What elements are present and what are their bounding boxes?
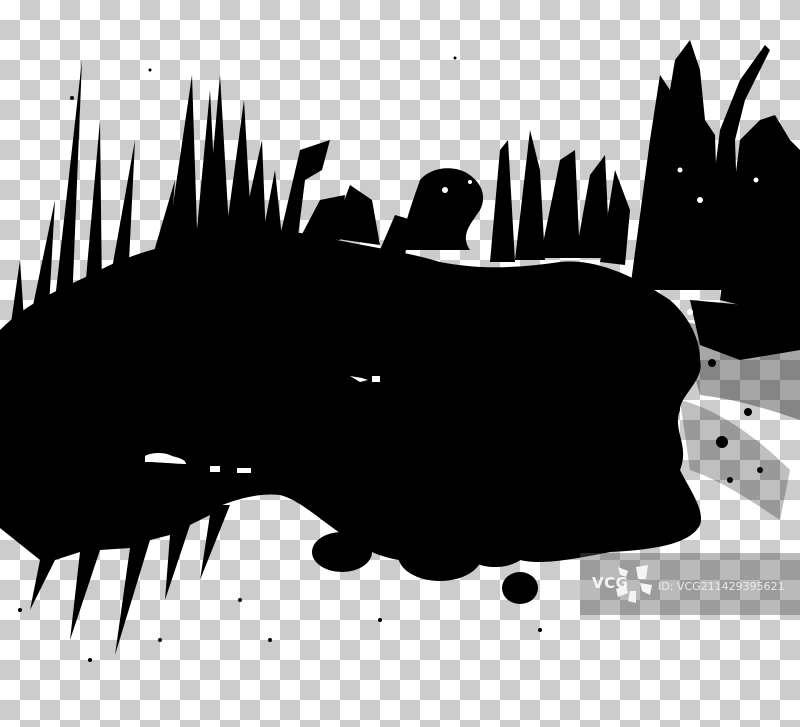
vcg-flower-logo-icon [612, 561, 656, 605]
ink-splash-artwork [0, 0, 800, 727]
watermark-id: ID: VCG211429395621 [658, 580, 785, 593]
